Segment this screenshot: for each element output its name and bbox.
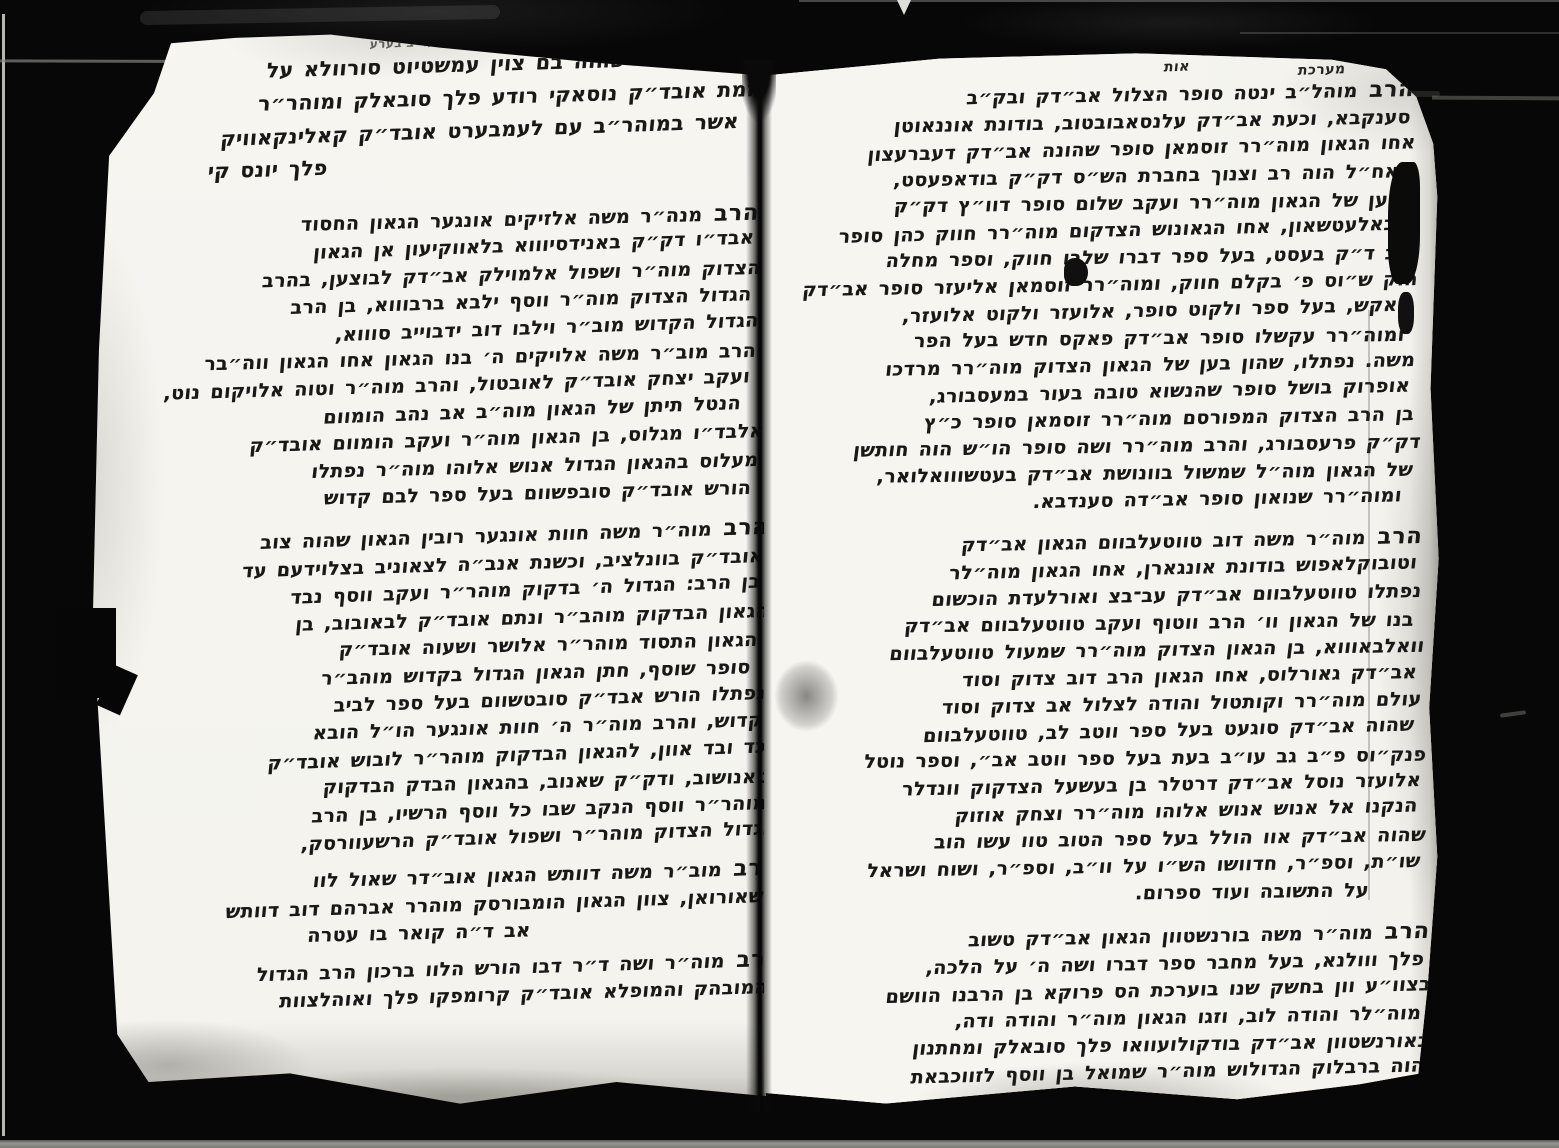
binding-gutter-shadow xyxy=(746,62,772,1112)
paragraph-lead-word: הרב xyxy=(1372,918,1431,945)
left-page: הצבועים עו״ב בערע אות מוהב״ר שהוה בם צוי… xyxy=(86,26,766,1108)
right-page: מערכת אות ״ים״ הרב מוהל״ב ינטה סופר הצלו… xyxy=(764,48,1440,1112)
left-page-header: אות xyxy=(677,44,705,61)
binding-gutter-shadow xyxy=(742,60,776,130)
right-page-header-merechet: מערכת xyxy=(1297,61,1346,79)
paragraph-lead-word: הרב xyxy=(1365,523,1424,550)
right-page-text: הרב מוהל״ב ינטה סופר הצלול אב״דק ובק״בסע… xyxy=(772,76,1432,1093)
scan-edge-top xyxy=(799,0,1559,2)
right-page-header-ot: אות xyxy=(1163,59,1191,76)
ink-blot xyxy=(1398,292,1414,334)
scanner-triangle-mark xyxy=(897,0,911,15)
manuscript-scan: הצבועים עו״ב בערע אות מוהב״ר שהוה בם צוי… xyxy=(0,0,1559,1148)
page-fold-line xyxy=(1368,310,1370,900)
dust-speck xyxy=(1500,710,1526,718)
ink-blot xyxy=(1388,162,1420,284)
scan-edge-bottom xyxy=(0,1140,1559,1148)
left-page-top-scribble: עו״ב בערע xyxy=(369,35,437,51)
scratch-line xyxy=(1240,32,1559,34)
ink-blot xyxy=(1064,258,1088,286)
scan-edge-left xyxy=(2,14,5,1136)
ink-smudge xyxy=(772,648,858,744)
right-page-corner-mark: ״ים״ xyxy=(961,45,993,60)
smear-mark xyxy=(140,5,500,25)
scratch-line xyxy=(1432,96,1559,101)
paragraph-lead-word: הרב xyxy=(1356,76,1415,103)
left-page-top-scribble: הצבועים xyxy=(591,27,651,45)
left-page-text: מוהב״ר שהוה בם צוין עמשטיוט סורוולא עלזמ… xyxy=(106,40,782,1020)
